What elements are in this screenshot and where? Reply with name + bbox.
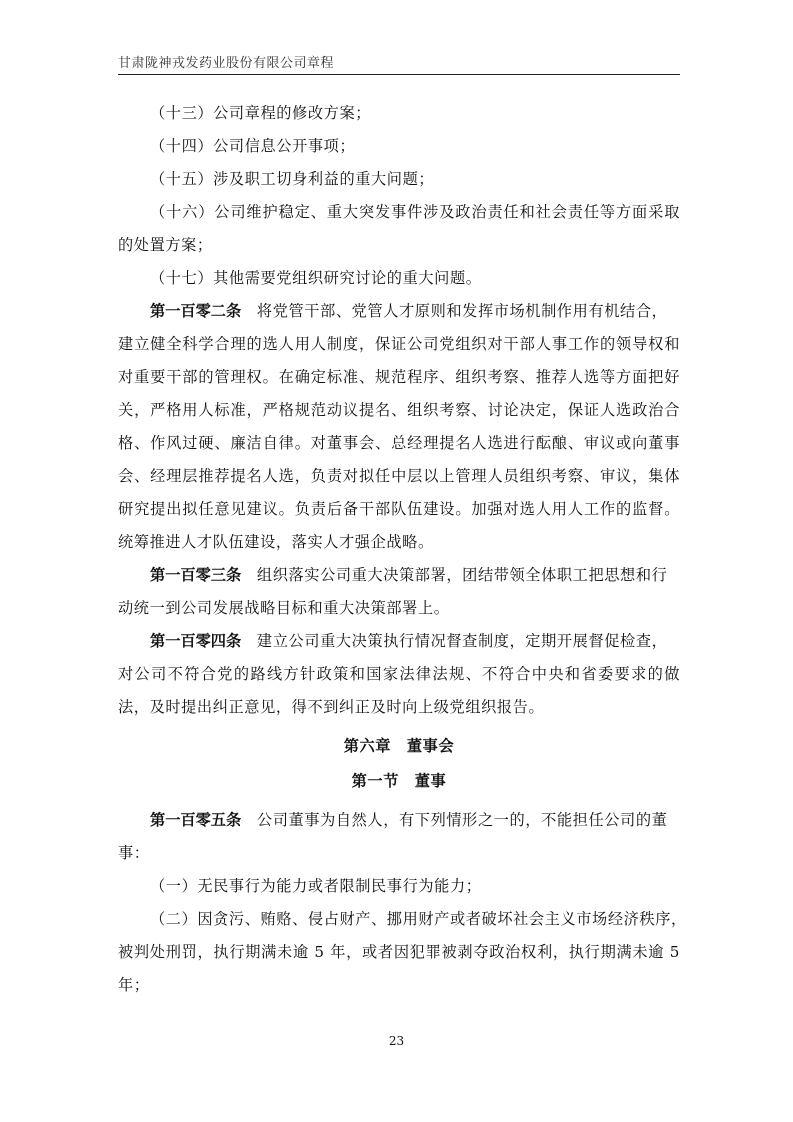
document-title: 甘肃陇神戎发药业股份有限公司章程 xyxy=(118,56,334,71)
paragraph-line: 被判处刑罚，执行期满未逾 5 年，或者因犯罪被剥夺政治权利，执行期满未逾 5 xyxy=(118,942,680,962)
article-text: 组织落实公司重大决策部署，团结带领全体职工把思想和行 xyxy=(257,566,667,584)
article-label: 第一百零二条 xyxy=(150,302,241,320)
paragraph-line: 建立健全科学合理的选人用人制度，保证公司党组织对干部人事工作的领导权和 xyxy=(118,334,680,354)
chapter-heading: 第六章 董事会 xyxy=(118,736,680,756)
paragraph-line: 对公司不符合党的路线方针政策和国家法律法规、不符合中央和省委要求的做 xyxy=(118,664,680,684)
list-item: （十六）公司维护稳定、重大突发事件涉及政治责任和社会责任等方面采取 xyxy=(118,202,680,222)
paragraph-line: 法，及时提出纠正意见，得不到纠正及时向上级党组织报告。 xyxy=(118,697,680,717)
section-heading: 第一节 董事 xyxy=(118,771,680,791)
article-102: 第一百零二条 将党管干部、党管人才原则和发挥市场机制作用有机结合， xyxy=(118,301,680,321)
paragraph-line: 的处置方案； xyxy=(118,235,680,255)
article-label: 第一百零三条 xyxy=(150,566,241,584)
paragraph-line: 会、经理层推荐提名人选，负责对拟任中层以上管理人员组织考察、审议，集体 xyxy=(118,466,680,486)
article-label: 第一百零四条 xyxy=(150,632,241,650)
list-item: （十三）公司章程的修改方案； xyxy=(118,103,680,123)
paragraph-line: 事： xyxy=(118,843,680,863)
paragraph-line: 对重要干部的管理权。在确定标准、规范程序、组织考察、推荐人选等方面把好 xyxy=(118,367,680,387)
list-item: （十五）涉及职工切身利益的重大问题； xyxy=(118,169,680,189)
article-text: 将党管干部、党管人才原则和发挥市场机制作用有机结合， xyxy=(257,302,667,320)
paragraph-line: 格、作风过硬、廉洁自律。对董事会、总经理提名人选进行酝酿、审议或向董事 xyxy=(118,433,680,453)
paragraph-line: 年； xyxy=(118,975,680,995)
list-item: （一）无民事行为能力或者限制民事行为能力； xyxy=(118,876,680,896)
article-104: 第一百零四条 建立公司重大决策执行情况督查制度，定期开展督促检查， xyxy=(118,631,680,651)
paragraph-line: 统筹推进人才队伍建设，落实人才强企战略。 xyxy=(118,532,680,552)
article-105: 第一百零五条 公司董事为自然人，有下列情形之一的，不能担任公司的董 xyxy=(118,810,680,830)
paragraph-line: 研究提出拟任意见建议。负责后备干部队伍建设。加强对选人用人工作的监督。 xyxy=(118,499,680,519)
page-header: 甘肃陇神戎发药业股份有限公司章程 xyxy=(118,52,680,75)
paragraph-line: 动统一到公司发展战略目标和重大决策部署上。 xyxy=(118,598,680,618)
article-text: 公司董事为自然人，有下列情形之一的，不能担任公司的董 xyxy=(257,811,667,829)
list-item: （十四）公司信息公开事项； xyxy=(118,136,680,156)
article-label: 第一百零五条 xyxy=(150,811,241,829)
article-text: 建立公司重大决策执行情况督查制度，定期开展督促检查， xyxy=(257,632,667,650)
article-103: 第一百零三条 组织落实公司重大决策部署，团结带领全体职工把思想和行 xyxy=(118,565,680,585)
list-item: （二）因贪污、贿赂、侵占财产、挪用财产或者破坏社会主义市场经济秩序， xyxy=(118,909,680,929)
page-number: 23 xyxy=(0,1034,793,1048)
list-item: （十七）其他需要党组织研究讨论的重大问题。 xyxy=(118,268,680,288)
paragraph-line: 关，严格用人标准，严格规范动议提名、组织考察、讨论决定，保证人选政治合 xyxy=(118,400,680,420)
